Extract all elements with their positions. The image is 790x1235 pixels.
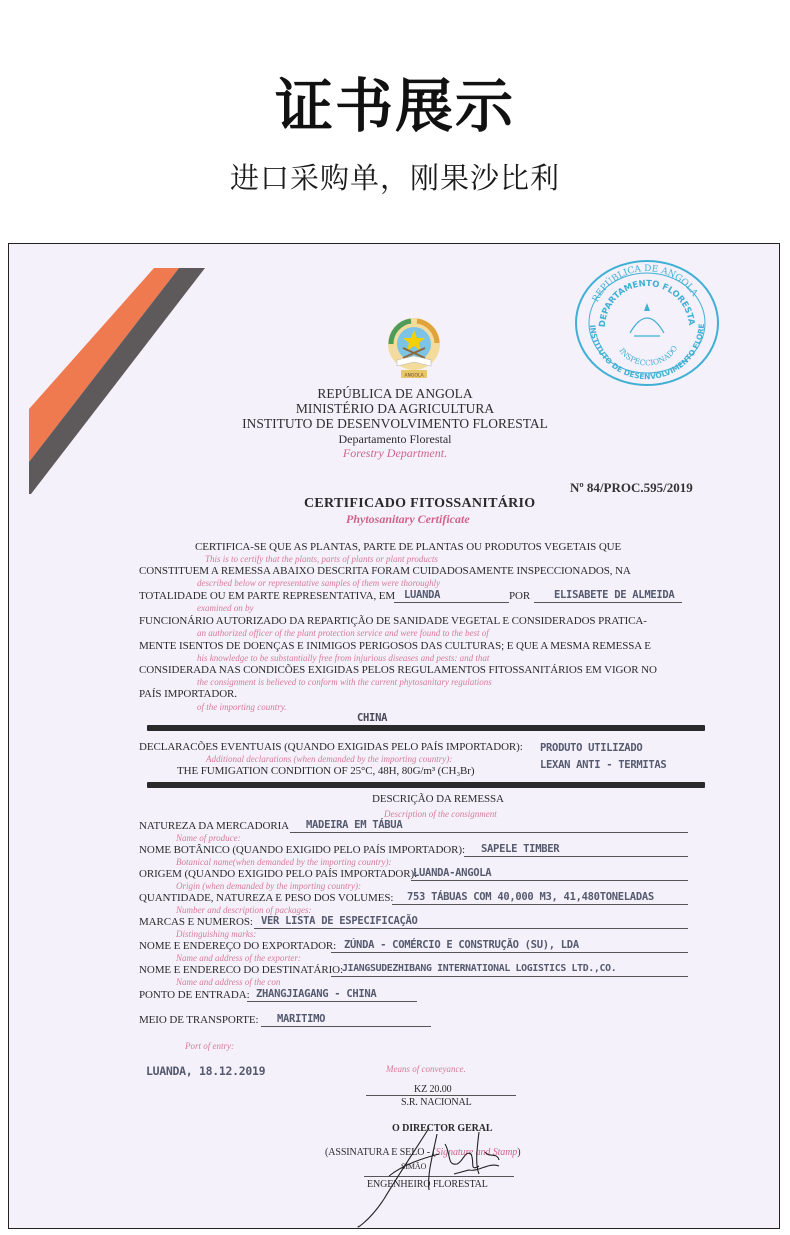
angola-coat-of-arms-icon: ANGOLA <box>379 314 449 382</box>
certificate-number: Nº 84/PROC.595/2019 <box>570 480 693 496</box>
statement-line-3: TOTALIDADE OU EM PARTE REPRESENTATIVA, E… <box>139 590 395 602</box>
statement-line-1: CERTIFICA-SE QUE AS PLANTAS, PARTE DE PL… <box>195 541 621 553</box>
field-value-quantity: 753 TÁBUAS COM 40,000 M3, 41,480TONELADA… <box>407 891 654 903</box>
phytosanitary-certificate: ANGOLA REPÚBLICA DE ANGOLA DEPARTAMENTO … <box>8 243 780 1229</box>
field-value-marks: VER LISTA DE ESPECIFICAÇÃO <box>261 915 418 927</box>
field-en-marks: Distinguishing marks: <box>176 929 256 939</box>
diagonal-stripe-decoration <box>9 244 239 504</box>
statement-line-1-en: This is to certify that the plants, part… <box>205 554 438 564</box>
statement-line-2-en: described below or representative sample… <box>197 578 440 588</box>
description-heading-en: Description of the consignment <box>384 809 497 819</box>
statement-line-7-en: of the importing country. <box>197 702 287 712</box>
field-en-origin: Origin (when demanded by the importing c… <box>176 881 361 891</box>
statement-line-4-en: an authorized officer of the plant prote… <box>197 628 489 638</box>
port-of-entry-en: Port of entry: <box>185 1041 234 1051</box>
director-signature <box>329 1114 529 1229</box>
fee-label: S.R. NACIONAL <box>401 1097 472 1108</box>
statement-line-5-en: his knowledge to be substantially free f… <box>197 653 489 663</box>
inspection-place: LUANDA <box>404 589 440 601</box>
inspector-name: ELISABETE DE ALMEIDA <box>554 589 674 601</box>
svg-text:INSPECCIONADO: INSPECCIONADO <box>617 344 679 367</box>
statement-line-6-en: the consignment is believed to conform w… <box>197 677 492 687</box>
field-en-consignee: Name and address of the con <box>176 977 280 987</box>
field-label-marks: MARCAS E NUMEROS: <box>139 916 253 928</box>
field-label-quantity: QUANTIDADE, NATUREZA E PESO DOS VOLUMES: <box>139 892 393 904</box>
declarations-label-en: Additional declarations (when demanded b… <box>206 754 452 764</box>
por-label: POR <box>509 590 530 602</box>
field-value-transport: MARITIMO <box>277 1013 325 1025</box>
certificate-title-en: Phytosanitary Certificate <box>346 512 470 527</box>
header-republic: REPÚBLICA DE ANGOLA <box>9 387 780 401</box>
divider-rule <box>147 782 705 788</box>
product-name: LEXAN ANTI - TERMITAS <box>540 759 666 771</box>
statement-line-6: CONSIDERADA NAS CONDICÕES EXIGIDAS PELOS… <box>139 664 657 676</box>
page-subtitle: 进口采购单，刚果沙比利 <box>0 158 790 198</box>
importing-country: CHINA <box>357 712 387 724</box>
header-ministry: MINISTÉRIO DA AGRICULTURA <box>9 402 780 416</box>
field-value-produce: MADEIRA EM TÁBUA <box>306 819 402 831</box>
field-label-produce: NATUREZA DA MERCADORIA <box>139 820 289 832</box>
svg-text:DEPARTAMENTO FLORESTAL: DEPARTAMENTO FLORESTAL <box>572 258 696 328</box>
statement-line-2: CONSTITUEM A REMESSA ABAIXO DESCRITA FOR… <box>139 565 631 577</box>
field-value-exporter: ZÚNDA - COMÉRCIO E CONSTRUÇÃO (SU), LDA <box>344 939 579 951</box>
field-label-exporter: NOME E ENDEREÇO DO EXPORTADOR: <box>139 940 336 952</box>
field-label-transport: MEIO DE TRANSPORTE: <box>139 1014 258 1026</box>
header-department: Departamento Florestal <box>9 432 780 446</box>
statement-line-3-en: examined on by <box>197 603 253 613</box>
statement-line-4: FUNCIONÁRIO AUTORIZADO DA REPARTIÇÃO DE … <box>139 615 647 627</box>
field-value-botanical: SAPELE TIMBER <box>481 843 559 855</box>
fee-amount: KZ 20.00 <box>414 1084 452 1095</box>
product-used: PRODUTO UTILIZADO <box>540 742 642 754</box>
header-institute: INSTITUTO DE DESENVOLVIMENTO FLORESTAL <box>9 417 780 431</box>
field-label-botanical: NOME BOTÂNICO (QUANDO EXIGIDO PELO PAÍS … <box>139 844 465 856</box>
field-label-consignee: NOME E ENDERECO DO DESTINATÁRIO: <box>139 964 343 976</box>
means-of-conveyance-en: Means of conveyance. <box>386 1064 466 1074</box>
certificate-title: CERTIFICADO FITOSSANITÁRIO <box>304 496 536 512</box>
field-en-exporter: Name and address of the exporter: <box>176 953 301 963</box>
field-en-quantity: Number and description of packages: <box>176 905 311 915</box>
description-heading: DESCRIÇÃO DA REMESSA <box>372 793 504 805</box>
declarations-label: DECLARACÕES EVENTUAIS (QUANDO EXIGIDAS P… <box>139 741 523 753</box>
field-value-origin: LUANDA-ANGOLA <box>413 867 491 879</box>
divider-rule <box>147 725 705 731</box>
field-en-botanical: Botanical name(when demanded by the impo… <box>176 857 391 867</box>
svg-text:ANGOLA: ANGOLA <box>404 373 424 379</box>
statement-line-5: MENTE ISENTOS DE DOENÇAS E INIMIGOS PERI… <box>139 640 651 652</box>
statement-line-7: PAÍS IMPORTADOR. <box>139 688 237 700</box>
field-value-entry-point: ZHANGJIAGANG - CHINA <box>256 988 376 1000</box>
inspection-stamp: REPÚBLICA DE ANGOLA DEPARTAMENTO FLOREST… <box>572 258 722 388</box>
field-value-consignee: JIANGSUDEZHIBANG INTERNATIONAL LOGISTICS… <box>342 963 616 974</box>
page-title: 证书展示 <box>0 70 790 142</box>
field-label-entry-point: PONTO DE ENTRADA: <box>139 989 250 1001</box>
field-en-produce: Name of produce: <box>176 833 241 843</box>
header-department-en: Forestry Department. <box>9 446 780 460</box>
fumigation-condition: THE FUMIGATION CONDITION OF 25°C, 48H, 8… <box>177 765 474 777</box>
field-label-origin: ORIGEM (QUANDO EXIGIDO PELO PAÍS IMPORTA… <box>139 868 417 880</box>
issue-date-place: LUANDA, 18.12.2019 <box>146 1064 265 1078</box>
